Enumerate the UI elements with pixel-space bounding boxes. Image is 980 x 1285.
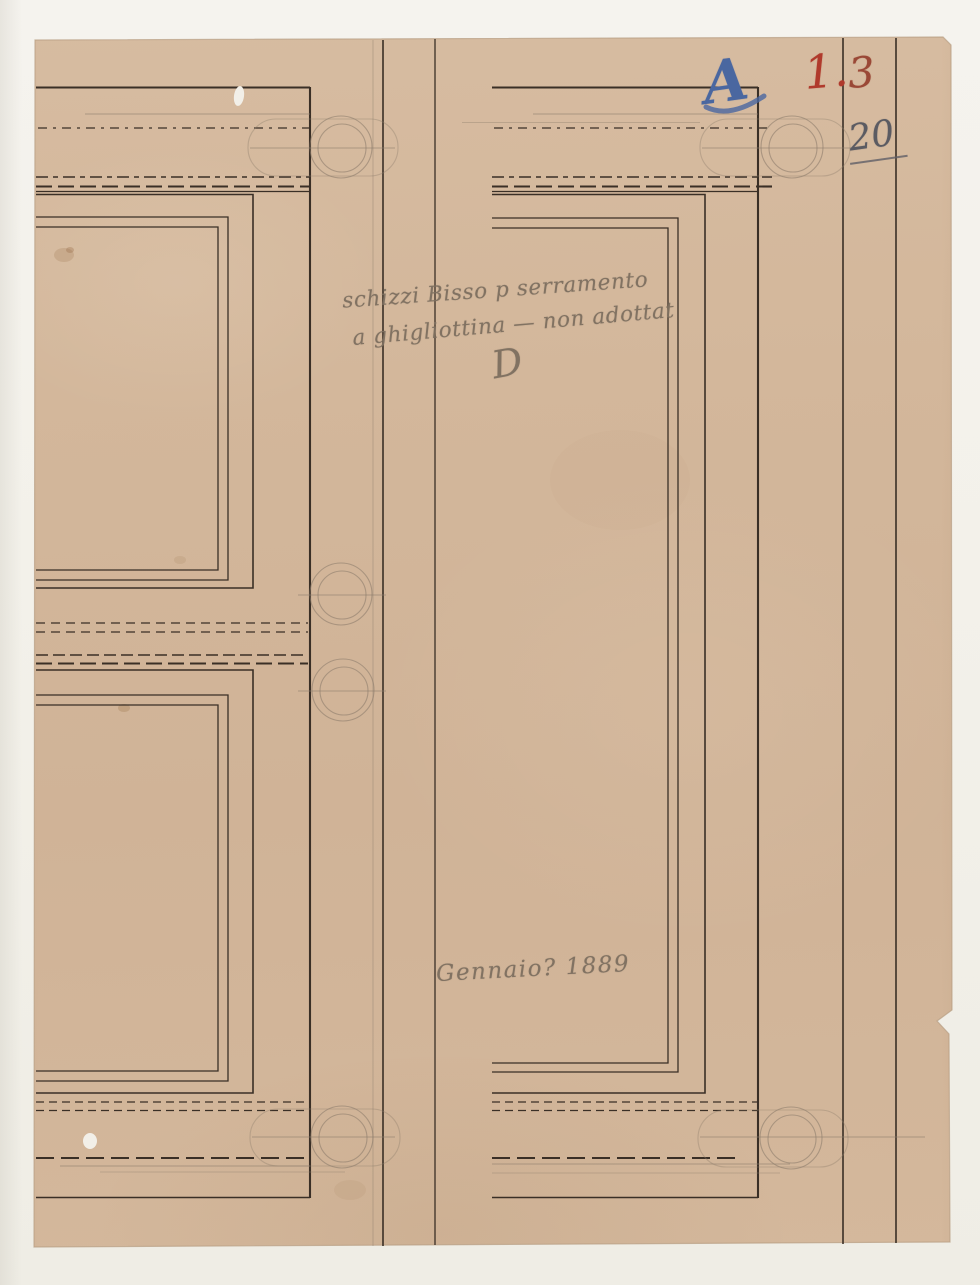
drawing-linework	[0, 0, 980, 1285]
left-door-leaf	[36, 88, 345, 1198]
paper-stains	[54, 247, 690, 1200]
sheet-number-mark: 20	[844, 114, 907, 165]
inscription-flourish: D	[489, 342, 526, 385]
paper-defects	[83, 85, 245, 1149]
door-leaf-edges	[310, 87, 758, 1198]
classification-letter-mark: A	[699, 49, 752, 113]
left-lower-panel-surround	[36, 670, 253, 1093]
right-door-leaf	[462, 88, 790, 1198]
frame-vertical-lines	[373, 38, 896, 1246]
red-index-mark: 1.	[802, 46, 850, 96]
scan-background: A 1. 3 20 schizzi Bisso p serramento a g…	[0, 0, 980, 1285]
red-index-secondary-mark: 3	[847, 51, 877, 95]
